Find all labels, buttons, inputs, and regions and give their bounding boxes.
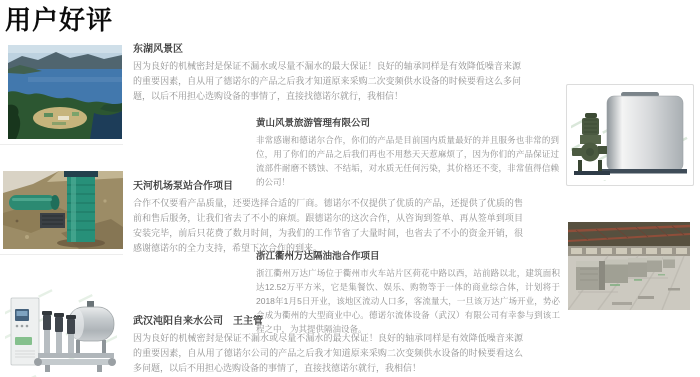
- testimonial-title: 黄山风景旅游管理有限公司: [256, 118, 559, 129]
- equipment-workshop-photo: [568, 222, 690, 310]
- testimonial-body: 因为良好的机械密封是保证不漏水或尽量不漏水的最大保证！良好的轴承同样是有效降低噪…: [133, 331, 523, 376]
- testimonial-body: 合作不仅要看产品质量，还要选择合适的厂商。德诺尔不仅提供了优质的产品，还提供了优…: [133, 196, 523, 256]
- water-supply-pump-unit-photo: [5, 281, 117, 377]
- pump-station-site-photo: [3, 171, 123, 249]
- testimonial-wuhan-water-company: 武汉沌阳自来水公司 王主管 因为良好的机械密封是保证不漏水或尽量不漏水的最大保证…: [133, 316, 523, 376]
- testimonial-title: 武汉沌阳自来水公司 王主管: [133, 316, 523, 327]
- testimonial-tianhe-airport: 天河机场泵站合作项目 合作不仅要看产品质量，还要选择合适的厂商。德诺尔不仅提供了…: [133, 181, 523, 256]
- divider: [0, 254, 123, 255]
- testimonial-title: 浙江衢州万达隔油池合作项目: [256, 251, 560, 262]
- testimonial-title: 东湖风景区: [133, 44, 521, 55]
- east-lake-scenery-photo: [8, 45, 122, 139]
- testimonial-title: 天河机场泵站合作项目: [133, 181, 523, 192]
- divider: [0, 144, 123, 145]
- testimonial-huangshan: 黄山风景旅游管理有限公司 非常感谢和德诺尔合作，你们的产品是目前国内质量最好的并…: [256, 118, 559, 189]
- pump-and-tank-product-photo: [566, 84, 694, 186]
- page-title: 用户好评: [5, 0, 113, 37]
- testimonial-east-lake: 东湖风景区 因为良好的机械密封是保证不漏水或尽量不漏水的最大保证！良好的轴承同样…: [133, 44, 521, 104]
- testimonial-body: 因为良好的机械密封是保证不漏水或尽量不漏水的最大保证！良好的轴承同样是有效降低噪…: [133, 59, 521, 104]
